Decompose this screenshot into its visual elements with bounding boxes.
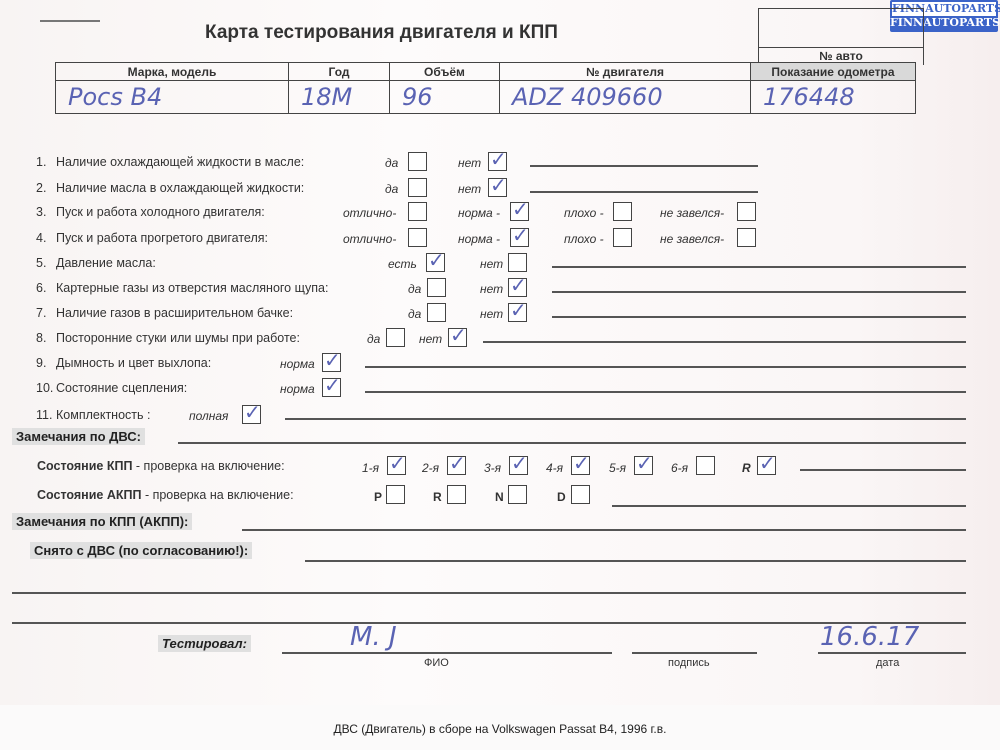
option-checkbox[interactable] [508, 303, 527, 322]
divider [40, 20, 100, 22]
option-checkbox[interactable] [508, 278, 527, 297]
question-note-line[interactable] [552, 291, 966, 293]
option-checkbox[interactable] [737, 228, 756, 247]
question-label: 2.Наличие масла в охлаждающей жидкости: [36, 181, 304, 195]
question-label: 10.Состояние сцепления: [36, 381, 187, 395]
option-checkbox[interactable] [508, 253, 527, 272]
kpp-label: Состояние КПП - проверка на включение: [37, 459, 285, 473]
option-label: норма - [458, 206, 500, 220]
mode-checkbox[interactable] [447, 485, 466, 504]
date-line[interactable] [818, 652, 966, 654]
option-label: плохо - [564, 206, 604, 220]
question-label: 4.Пуск и работа прогретого двигателя: [36, 231, 268, 245]
option-checkbox[interactable] [408, 178, 427, 197]
gear-checkbox[interactable] [387, 456, 406, 475]
option-label: да [408, 307, 421, 321]
option-label: нет [480, 307, 503, 321]
volume-value[interactable]: 96 [390, 81, 500, 114]
mode-label: N [495, 490, 504, 504]
mode-checkbox[interactable] [571, 485, 590, 504]
question-note-line[interactable] [552, 266, 966, 268]
option-label: нет [480, 282, 503, 296]
kpp-remarks-line[interactable] [242, 529, 966, 531]
option-label: отлично- [343, 232, 396, 246]
option-checkbox[interactable] [322, 353, 341, 372]
tested-label: Тестировал: [158, 635, 251, 652]
akpp-label: Состояние АКПП - проверка на включение: [37, 488, 294, 502]
question-label: 5.Давление масла: [36, 256, 156, 270]
option-checkbox[interactable] [737, 202, 756, 221]
option-checkbox[interactable] [448, 328, 467, 347]
option-label: плохо - [564, 232, 604, 246]
option-label: норма [280, 382, 315, 396]
option-checkbox[interactable] [510, 202, 529, 221]
fio-line[interactable] [282, 652, 612, 654]
option-label: есть [388, 257, 417, 271]
option-label: не завелся- [660, 206, 724, 220]
signature-label: подпись [668, 657, 710, 669]
option-checkbox[interactable] [488, 178, 507, 197]
mode-label: R [433, 490, 442, 504]
removed-line-1[interactable] [305, 560, 966, 562]
col-volume: Объём [390, 63, 500, 81]
option-checkbox[interactable] [427, 303, 446, 322]
gear-label: 5-я [609, 461, 626, 475]
col-odometer: Показание одометра [751, 63, 916, 81]
auto-number-label: № авто [758, 47, 924, 63]
mode-label: P [374, 490, 382, 504]
option-checkbox[interactable] [510, 228, 529, 247]
section-engine-remarks: Замечания по ДВС: [12, 428, 145, 445]
option-checkbox[interactable] [613, 202, 632, 221]
mode-checkbox[interactable] [386, 485, 405, 504]
date-value[interactable]: 16.6.17 [820, 622, 919, 652]
removed-line-2[interactable] [12, 592, 966, 594]
year-value[interactable]: 18M [289, 81, 390, 114]
option-checkbox[interactable] [488, 152, 507, 171]
option-label: да [408, 282, 421, 296]
make-model-value[interactable]: Pocs B4 [56, 81, 289, 114]
option-checkbox[interactable] [386, 328, 405, 347]
mode-checkbox[interactable] [508, 485, 527, 504]
option-checkbox[interactable] [426, 253, 445, 272]
option-checkbox[interactable] [613, 228, 632, 247]
gear-checkbox[interactable] [571, 456, 590, 475]
option-label: нет [480, 257, 503, 271]
question-label: 8.Посторонние стуки или шумы при работе: [36, 331, 300, 345]
gear-checkbox[interactable] [757, 456, 776, 475]
section-removed: Снято с ДВС (по согласованию!): [30, 542, 252, 559]
question-label: 7.Наличие газов в расширительном бачке: [36, 306, 293, 320]
engine-number-value[interactable]: ADZ 409660 [500, 81, 751, 114]
form-title: Карта тестирования двигателя и КПП [205, 22, 558, 44]
option-checkbox[interactable] [408, 228, 427, 247]
tester-name-value[interactable]: M. J [350, 622, 397, 652]
question-note-line[interactable] [365, 391, 966, 393]
question-label: 6.Картерные газы из отверстия масляного … [36, 281, 328, 295]
question-label: 1.Наличие охлаждающей жидкости в масле: [36, 155, 304, 169]
gear-checkbox[interactable] [696, 456, 715, 475]
option-label: да [385, 182, 398, 196]
gear-label: 2-я [422, 461, 439, 475]
gear-label: 1-я [362, 461, 379, 475]
question-note-line[interactable] [530, 165, 758, 167]
caption: ДВС (Двигатель) в сборе на Volkswagen Pa… [0, 722, 1000, 736]
option-label: полная [189, 409, 228, 423]
gear-checkbox[interactable] [447, 456, 466, 475]
gear-label: 3-я [484, 461, 501, 475]
option-label: отлично- [343, 206, 396, 220]
kpp-note-line[interactable] [800, 469, 966, 471]
gear-checkbox[interactable] [634, 456, 653, 475]
option-checkbox[interactable] [427, 278, 446, 297]
question-note-line[interactable] [285, 418, 966, 420]
question-note-line[interactable] [365, 366, 966, 368]
option-label: норма - [458, 232, 500, 246]
option-label: не завелся- [660, 232, 724, 246]
question-note-line[interactable] [530, 191, 758, 193]
option-label: да [385, 156, 398, 170]
question-label: 3.Пуск и работа холодного двигателя: [36, 205, 265, 219]
option-label: нет [458, 182, 481, 196]
fio-label: ФИО [424, 657, 449, 669]
question-label: 9.Дымность и цвет выхлопа: [36, 356, 211, 370]
col-engine-number: № двигателя [500, 63, 751, 81]
date-label: дата [876, 657, 899, 669]
gear-label: 6-я [671, 461, 688, 475]
gear-label: 4-я [546, 461, 563, 475]
option-label: нет [458, 156, 481, 170]
option-label: нет [419, 332, 442, 346]
option-checkbox[interactable] [408, 152, 427, 171]
engine-remarks-line[interactable] [178, 442, 966, 444]
option-checkbox[interactable] [242, 405, 261, 424]
signature-line[interactable] [632, 652, 757, 654]
option-label: да [367, 332, 380, 346]
odometer-value[interactable]: 176448 [751, 81, 916, 114]
question-note-line[interactable] [552, 316, 966, 318]
mode-label: D [557, 490, 566, 504]
col-make-model: Марка, модель [56, 63, 289, 81]
option-label: норма [280, 357, 315, 371]
akpp-note-line[interactable] [612, 505, 966, 507]
option-checkbox[interactable] [322, 378, 341, 397]
gear-checkbox[interactable] [509, 456, 528, 475]
option-checkbox[interactable] [408, 202, 427, 221]
question-label: 11.Комплектность : [36, 408, 150, 422]
col-year: Год [289, 63, 390, 81]
vehicle-info-table: Марка, модель Год Объём № двигателя Пока… [55, 62, 916, 114]
section-kpp-remarks: Замечания по КПП (АКПП): [12, 513, 192, 530]
question-note-line[interactable] [483, 341, 966, 343]
gear-label: R [742, 461, 751, 475]
